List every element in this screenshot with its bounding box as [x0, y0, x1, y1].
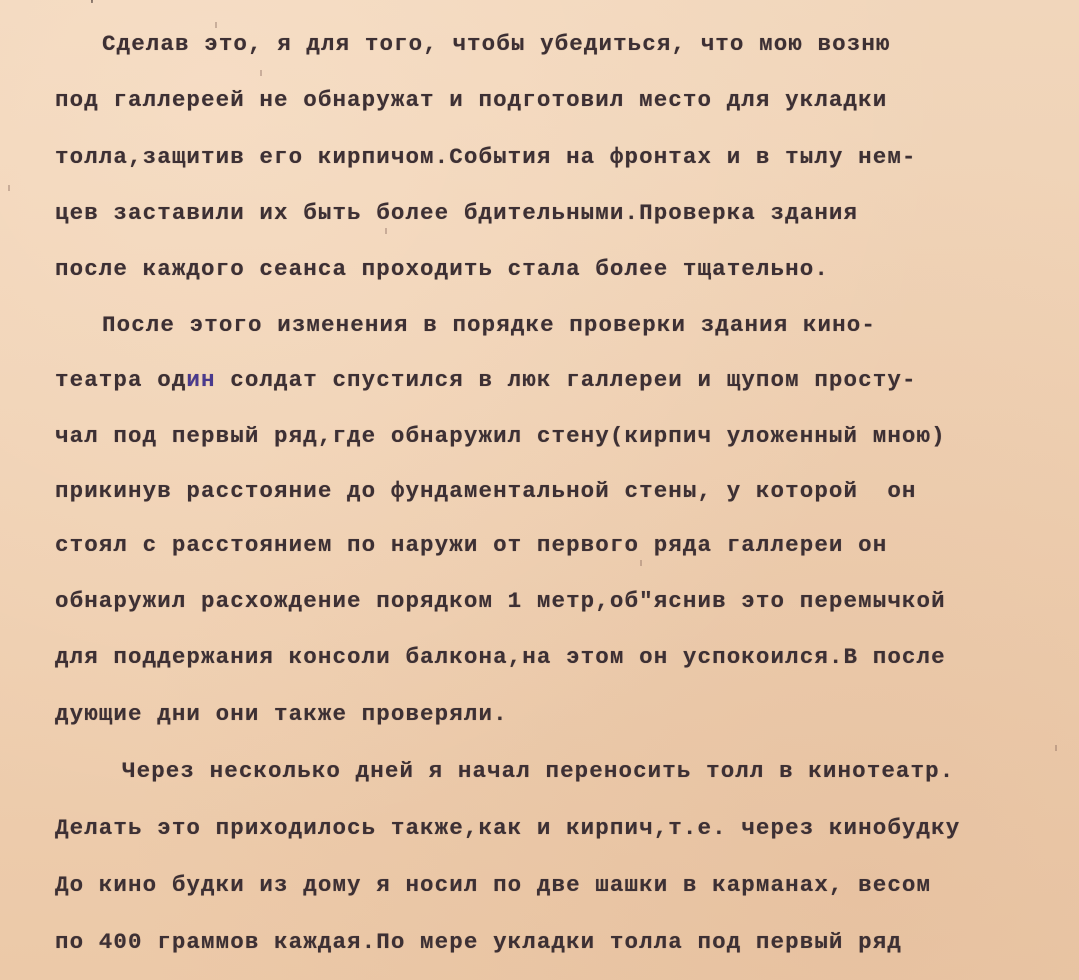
paper-speck — [640, 560, 642, 566]
text-line: До кино будки из дому я носил по две шаш… — [55, 872, 931, 898]
text-line: стоял с расстоянием по наружи от первого… — [55, 532, 887, 558]
text-line: обнаружил расхождение порядком 1 метр,об… — [55, 588, 946, 614]
text-line: Сделав это, я для того, чтобы убедиться,… — [102, 31, 891, 57]
paper-speck — [215, 22, 217, 28]
text-line: толла,защитив его кирпичом.События на фр… — [55, 144, 917, 170]
text-line: прикинув расстояние до фундаментальной с… — [55, 478, 917, 504]
paper-speck — [1055, 745, 1057, 751]
text-segment: солдат спустился в люк галлереи и щупом … — [216, 367, 917, 393]
text-line: под галлереей не обнаружат и подготовил … — [55, 87, 887, 113]
text-line: для поддержания консоли балкона,на этом … — [55, 644, 946, 670]
paper-speck — [8, 185, 10, 191]
text-line: после каждого сеанса проходить стала бол… — [55, 256, 829, 282]
paper-speck — [385, 228, 387, 234]
handwritten-correction: ин — [186, 367, 215, 393]
text-line: чал под первый ряд,где обнаружил стену(к… — [55, 423, 946, 449]
cut-off-previous-line: · ' · · , · — [55, 0, 695, 4]
paper-speck — [260, 70, 262, 76]
text-line: Через несколько дней я начал переносить … — [122, 758, 954, 784]
document-page: · ' · · , · Сделав это, я для того, чтоб… — [0, 0, 1079, 980]
text-line: После этого изменения в порядке проверки… — [102, 312, 876, 338]
text-line: цев заставили их быть более бдительными.… — [55, 200, 858, 226]
text-line: дующие дни они также проверяли. — [55, 701, 508, 727]
text-line: Делать это приходилось также,как и кирпи… — [55, 815, 960, 841]
text-segment: театра од — [55, 367, 186, 393]
text-line-with-correction: театра один солдат спустился в люк галле… — [55, 367, 917, 393]
text-line: по 400 граммов каждая.По мере укладки то… — [55, 929, 902, 955]
